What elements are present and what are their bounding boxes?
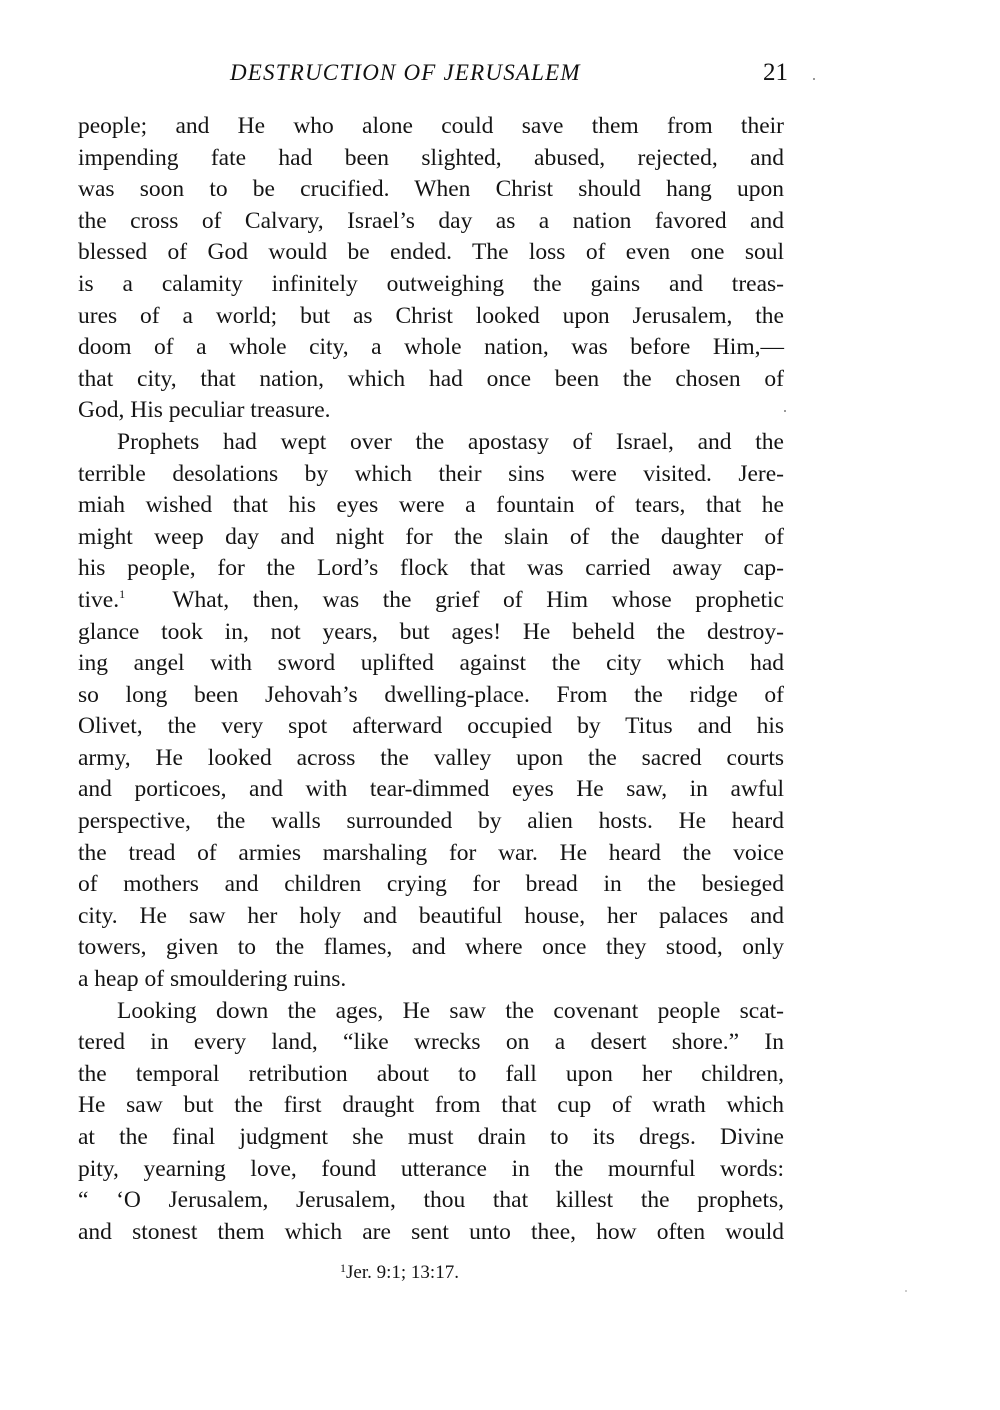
scan-speck [784,410,786,412]
text-line: at the final judgment she must drain to … [78,1122,784,1154]
text-line: was soon to be crucified. When Christ sh… [78,174,784,206]
footnote-reference: 1 [119,587,125,601]
text-line: Looking down the ages, He saw the covena… [78,996,784,1028]
text-line: miah wished that his eyes were a fountai… [78,490,784,522]
text-line: ing angel with sword uplifted against th… [78,648,784,680]
footnote: 1Jer. 9:1; 13:17. [340,1261,459,1284]
body-text: people; and He who alone could save them… [78,111,784,1248]
text-line: his people, for the Lord’s flock that wa… [78,553,784,585]
text-line: the cross of Calvary, Israel’s day as a … [78,206,784,238]
text-line: and stonest them which are sent unto the… [78,1217,784,1249]
text-line: the tread of armies marshaling for war. … [78,838,784,870]
text-line: of mothers and children crying for bread… [78,869,784,901]
running-header: DESTRUCTION OF JERUSALEM 21 [230,60,790,90]
text-line: towers, given to the flames, and where o… [78,932,784,964]
text-line: is a calamity infinitely outweighing the… [78,269,784,301]
text-line: He saw but the first draught from that c… [78,1090,784,1122]
text-line: blessed of God would be ended. The loss … [78,237,784,269]
text-line: Olivet, the very spot afterward occupied… [78,711,784,743]
text-line: pity, yearning love, found utterance in … [78,1154,784,1186]
text-line-with-footnote-ref: tive.1 What, then, was the grief of Him … [78,585,784,617]
text-line: impending fate had been slighted, abused… [78,143,784,175]
text-line: ures of a world; but as Christ looked up… [78,301,784,333]
page-number: 21 [763,59,788,87]
text-line: perspective, the walls surrounded by ali… [78,806,784,838]
paragraph-2: Prophets had wept over the apostasy of I… [78,427,784,996]
text-line: terrible desolations by which their sins… [78,459,784,491]
text-line: doom of a whole city, a whole nation, wa… [78,332,784,364]
text-line: the temporal retribution about to fall u… [78,1059,784,1091]
text-line: and porticoes, and with tear-dimmed eyes… [78,774,784,806]
text-fragment: tive. [78,587,119,613]
text-line: that city, that nation, which had once b… [78,364,784,396]
text-line: city. He saw her holy and beautiful hous… [78,901,784,933]
running-title: DESTRUCTION OF JERUSALEM [230,60,581,86]
text-line: glance took in, not years, but ages! He … [78,617,784,649]
scan-speck [905,1290,907,1292]
text-line: people; and He who alone could save them… [78,111,784,143]
text-line: Prophets had wept over the apostasy of I… [78,427,784,459]
text-line: God, His peculiar treasure. [78,395,784,427]
text-line: a heap of smouldering ruins. [78,964,784,996]
text-line: tered in every land, “like wrecks on a d… [78,1027,784,1059]
scan-speck [813,78,815,80]
text-line: so long been Jehovah’s dwelling-place. F… [78,680,784,712]
text-line: might weep day and night for the slain o… [78,522,784,554]
footnote-text: Jer. 9:1; 13:17. [346,1262,459,1283]
text-fragment: What, then, was the grief of Him whose p… [172,587,784,613]
paragraph-1: people; and He who alone could save them… [78,111,784,427]
text-line: “ ‘O Jerusalem, Jerusalem, thou that kil… [78,1185,784,1217]
book-page: DESTRUCTION OF JERUSALEM 21 people; and … [0,0,1000,1410]
text-line: army, He looked across the valley upon t… [78,743,784,775]
paragraph-3: Looking down the ages, He saw the covena… [78,996,784,1249]
